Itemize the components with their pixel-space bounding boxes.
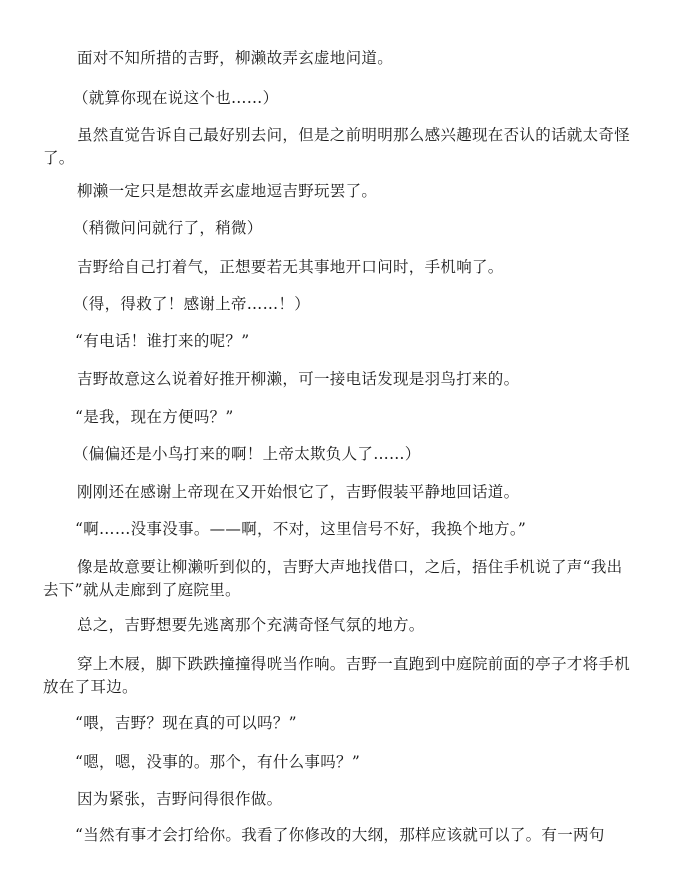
paragraph-5: （稍微问问就行了，稍微） bbox=[43, 217, 635, 240]
paragraph-9: 吉野故意这么说着好推开柳濑，可一接电话发现是羽鸟打来的。 bbox=[43, 368, 635, 391]
paragraph-2: （就算你现在说这个也……） bbox=[43, 87, 635, 110]
paragraph-7: （得，得救了！感谢上帝……！） bbox=[43, 293, 635, 316]
paragraph-10: “是我，现在方便吗？” bbox=[43, 406, 635, 429]
paragraph-18: “嗯，嗯，没事的。那个，有什么事吗？” bbox=[43, 751, 635, 774]
paragraph-20: “当然有事才会打给你。我看了你修改的大纲，那样应该就可以了。有一两句 bbox=[43, 824, 635, 847]
paragraph-4: 柳濑一定只是想故弄玄虚地逗吉野玩罢了。 bbox=[43, 180, 635, 203]
paragraph-6: 吉野给自己打着气，正想要若无其事地开口问时，手机响了。 bbox=[43, 256, 635, 279]
paragraph-14: 像是故意要让柳濑听到似的，吉野大声地找借口，之后，捂住手机说了声“我出去下”就从… bbox=[43, 556, 635, 602]
paragraph-13: “啊……没事没事。——啊，不对，这里信号不好，我换个地方。” bbox=[43, 518, 635, 541]
paragraph-12: 刚刚还在感谢上帝现在又开始恨它了，吉野假装平静地回话道。 bbox=[43, 481, 635, 504]
paragraph-3: 虽然直觉告诉自己最好别去问，但是之前明明那么感兴趣现在否认的话就太奇怪了。 bbox=[43, 124, 635, 170]
paragraph-1: 面对不知所措的吉野，柳濑故弄玄虚地问道。 bbox=[43, 47, 635, 70]
paragraph-11: （偏偏还是小鸟打来的啊！上帝太欺负人了……） bbox=[43, 443, 635, 466]
paragraph-17: “喂，吉野？现在真的可以吗？” bbox=[43, 712, 635, 735]
paragraph-19: 因为紧张，吉野问得很作做。 bbox=[43, 788, 635, 811]
paragraph-16: 穿上木屐，脚下跌跌撞撞得咣当作响。吉野一直跑到中庭院前面的亭子才将手机放在了耳边… bbox=[43, 653, 635, 699]
paragraph-8: “有电话！谁打来的呢？” bbox=[43, 330, 635, 353]
paragraph-15: 总之，吉野想要先逃离那个充满奇怪气氛的地方。 bbox=[43, 614, 635, 637]
